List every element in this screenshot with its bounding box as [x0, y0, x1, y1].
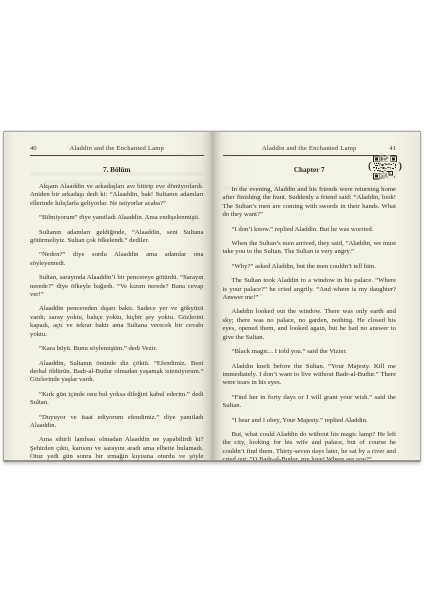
paragraph: “Neden?” diye sordu Alaaddin ama adamlar… — [30, 251, 204, 268]
paragraph: “Find her in forty days or I will grant … — [223, 394, 397, 411]
qr-code-icon — [373, 155, 397, 180]
right-running-head: Aladdin and the Enchanted Lamp 41 — [223, 145, 397, 156]
paragraph: In the evening, Aladdin and his friends … — [223, 186, 397, 220]
qr-sound-arc-left-icon: ( — [368, 158, 372, 174]
paragraph: Aladdin knelt before the Sultan. “Your M… — [223, 363, 397, 388]
audio-qr-code: ( — [373, 155, 397, 180]
paragraph: “Why?” asked Aladdin, but the men couldn… — [223, 263, 397, 271]
left-page-number: 40 — [30, 145, 52, 153]
paragraph: “Kara büyü. Bunu söylemiştim.” dedi Vezi… — [30, 345, 204, 353]
paragraph: When the Sultan’s men arrived, they said… — [223, 240, 397, 257]
paragraph: The Sultan took Aladdin to a window in h… — [223, 277, 397, 302]
paragraph: But, what could Aladdin do without his m… — [223, 431, 397, 460]
paragraph: “Duyuyor ve itaat ediyorum efendimiz.” d… — [30, 414, 204, 431]
right-page-number: 41 — [374, 145, 396, 153]
paragraph: “Kırk gün içinde onu bul yoksa dileğini … — [30, 391, 204, 408]
paragraph: Ama sihirli lambası olmadan Alaaddin ne … — [30, 436, 204, 460]
paragraph: Akşam Alaaddin ve arkadaşları avı bitiri… — [30, 183, 204, 208]
left-page: 40 Aladdin and the Enchanted Lamp 7. Böl… — [4, 132, 213, 460]
book-photo: 40 Aladdin and the Enchanted Lamp 7. Böl… — [0, 0, 424, 600]
left-running-head: 40 Aladdin and the Enchanted Lamp — [30, 145, 204, 156]
paragraph: “Black magic... I told you.” said the Vi… — [223, 348, 397, 356]
right-page: Aladdin and the Enchanted Lamp 41 Chapte… — [213, 132, 421, 460]
running-title: Aladdin and the Enchanted Lamp — [52, 145, 182, 153]
paragraph: Alaaddin, Sultanın önünde diz çöktü. “Ef… — [30, 360, 204, 385]
open-book-spread: 40 Aladdin and the Enchanted Lamp 7. Böl… — [3, 131, 421, 462]
paragraph: “I don’t know.” replied Aladdin. But he … — [223, 226, 397, 234]
chapter-heading-turkish: 7. Bölüm — [30, 166, 204, 174]
paragraph: Alaaddin pencereden dışarı baktı. Sadece… — [30, 305, 204, 339]
paragraph: Aladdin looked out the window. There was… — [223, 308, 397, 342]
paragraph: “Bilmiyorum” diye yanıtladı Alaaddin. Am… — [30, 214, 204, 222]
qr-sound-arc-right-icon: ) — [398, 158, 402, 174]
paragraph: Sultanın adamları geldiğinde, “Alaaddin,… — [30, 229, 204, 246]
paragraph: “I hear and I obey, Your Majesty.” repli… — [223, 417, 397, 425]
paragraph: Sultan, sarayında Alaaddin’i bir pencere… — [30, 274, 204, 299]
running-title: Aladdin and the Enchanted Lamp — [245, 145, 375, 153]
